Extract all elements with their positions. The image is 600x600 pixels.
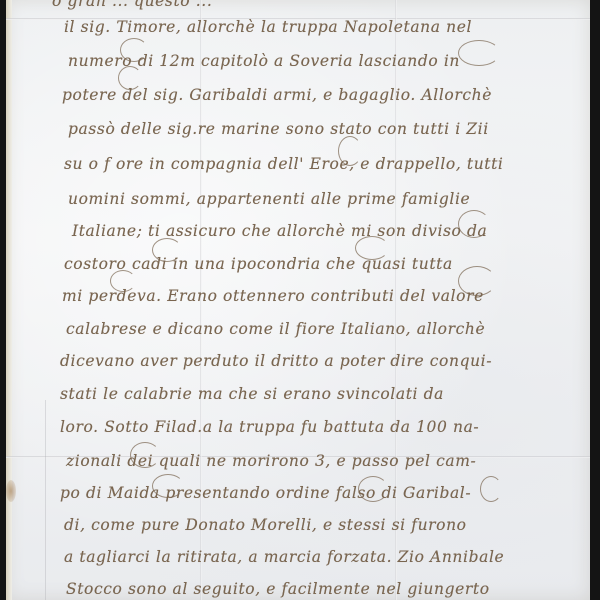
handwriting-flourish	[152, 474, 184, 498]
handwriting-flourish	[338, 136, 362, 166]
handwriting-flourish	[458, 40, 500, 66]
letter-line: Italiane; ti assicuro che allorchè mi so…	[72, 222, 487, 240]
letter-line: il sig. Timore, allorchè la truppa Napol…	[64, 18, 472, 36]
letter-line: passò delle sig.re marine sono stato con…	[68, 120, 489, 138]
handwriting-flourish	[130, 442, 160, 468]
letter-line: uomini sommi, appartenenti alle prime fa…	[68, 190, 470, 208]
letter-line: zionali dei quali ne morirono 3, e passo…	[66, 452, 476, 470]
letter-line: su o f ore in compagnia dell' Eroe, e dr…	[64, 155, 504, 173]
ink-stain	[6, 480, 16, 502]
handwriting-flourish	[355, 236, 389, 260]
letter-line: di, come pure Donato Morelli, e stessi s…	[64, 516, 467, 534]
letter-line: Stocco sono al seguito, e facilmente nel…	[66, 580, 490, 598]
handwriting-flourish	[358, 476, 388, 502]
paper-edge	[6, 0, 12, 600]
handwriting-flourish	[480, 476, 502, 502]
letter-line: o gran ... questo ...	[52, 0, 212, 10]
letter-line: a tagliarci la ritirata, a marcia forzat…	[64, 548, 504, 566]
handwriting-flourish	[120, 38, 148, 62]
letter-line: dicevano aver perduto il dritto a poter …	[60, 352, 492, 370]
handwriting-flourish	[110, 270, 136, 292]
letter-line: calabrese e dicano come il fiore Italian…	[66, 320, 485, 338]
margin-line	[45, 400, 46, 600]
handwriting-flourish	[458, 210, 490, 238]
letter-line: loro. Sotto Filad.a la truppa fu battuta…	[60, 418, 479, 436]
handwriting-flourish	[118, 66, 142, 90]
handwriting-flourish	[458, 266, 496, 296]
handwriting-flourish	[152, 238, 182, 262]
letter-line: po di Maida presentando ordine falso di …	[60, 484, 471, 502]
letter-line: stati le calabrie ma che si erano svinco…	[60, 385, 444, 403]
